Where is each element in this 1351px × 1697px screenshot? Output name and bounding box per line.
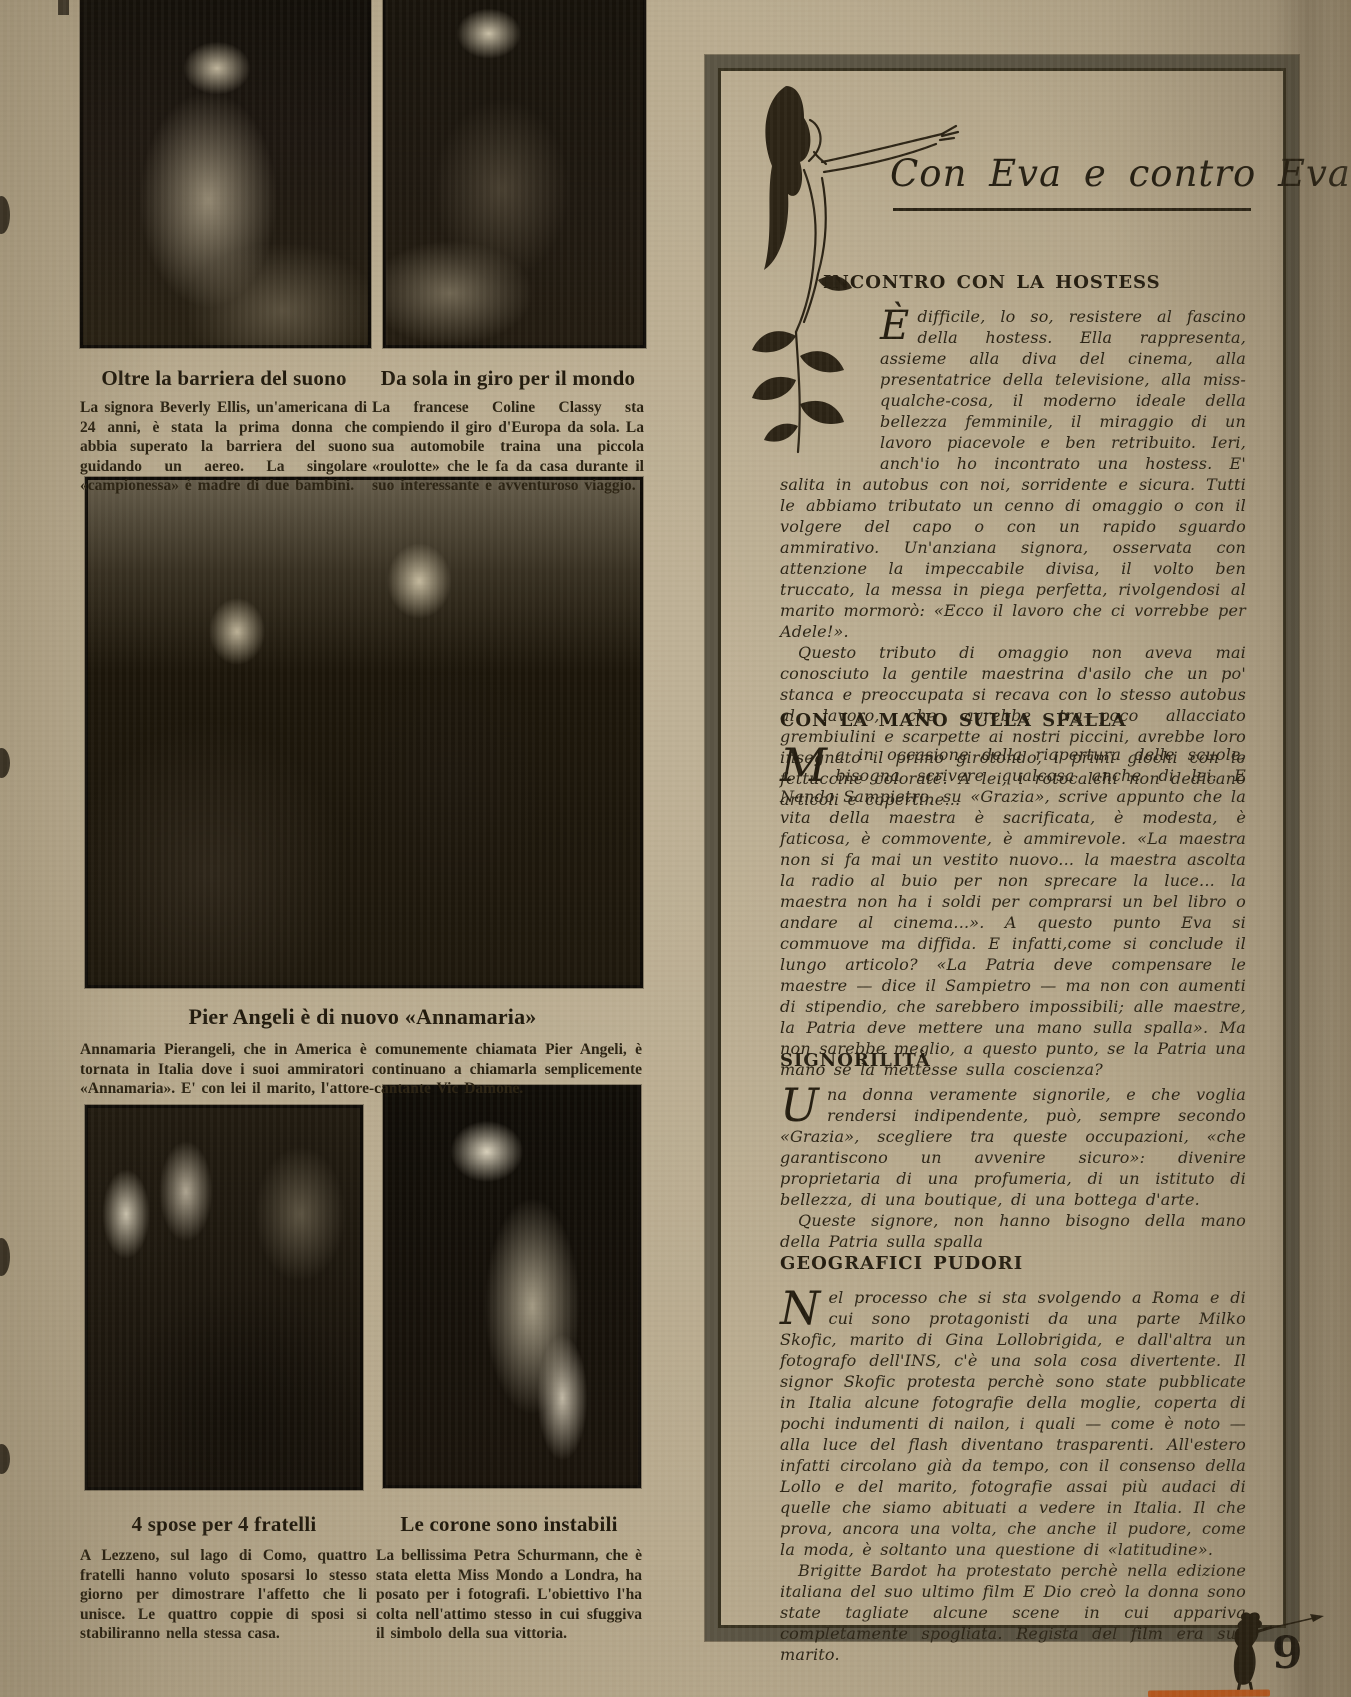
eva-column-frame: Con Eva e contro Eva INCONTRO CON LA HOS… [705, 55, 1299, 1641]
paragraph-text: a in occasione della riapertura delle sc… [780, 745, 1246, 1079]
title-underline [893, 208, 1251, 211]
section-paragraph: Ma in occasione della riapertura delle s… [780, 744, 1246, 1080]
photo-beverly-ellis [80, 0, 371, 348]
drop-cap: N [780, 1290, 820, 1326]
section-paragraph: Una donna veramente signorile, e che vog… [780, 1084, 1246, 1210]
section-heading: GEOGRAFICI PUDORI [780, 1253, 1246, 1274]
story-body-corone: La bellissima Petra Schurmann, che è sta… [376, 1546, 642, 1644]
story-body-barriera-suono: La signora Beverly Ellis, un'americana d… [80, 398, 367, 496]
page-fold-shadow [1273, 0, 1351, 1697]
photo-miss-world [383, 1085, 641, 1488]
section-paragraph: Èdifficile, lo so, resistere al fascino … [780, 306, 1246, 642]
section-heading: SIGNORILITÀ [780, 1050, 1246, 1071]
binding-mark [0, 1238, 10, 1276]
story-title-barriera-suono: Oltre la barriera del suono [85, 366, 363, 390]
eva-illustration-spacer [780, 306, 880, 474]
drop-cap: È [880, 309, 909, 343]
eva-column-content: Con Eva e contro Eva INCONTRO CON LA HOS… [718, 68, 1286, 1628]
photo-four-weddings [85, 1105, 363, 1490]
binding-mark [0, 1444, 10, 1474]
section-heading: INCONTRO CON LA HOSTESS [823, 272, 1246, 293]
drop-cap: M [780, 747, 827, 783]
story-body-quattro-spose: A Lezzeno, sul lago di Como, quattro fra… [80, 1546, 367, 1644]
section-paragraph: Brigitte Bardot ha protestato perchè nel… [780, 1560, 1246, 1665]
print-color-sliver [1148, 1689, 1270, 1697]
story-title-giro-mondo: Da sola in giro per il mondo [372, 366, 644, 390]
paragraph-text: el processo che si sta svolgendo a Roma … [780, 1288, 1246, 1559]
section-paragraph: Queste signore, non hanno bisogno della … [780, 1210, 1246, 1252]
story-title-corone: Le corone sono instabili [376, 1512, 642, 1536]
section-mano-spalla: CON LA MANO SULLA SPALLA Ma in occasione… [780, 710, 1246, 1080]
section-paragraph: Nel processo che si sta svolgendo a Roma… [780, 1287, 1246, 1560]
story-title-quattro-spose: 4 spose per 4 fratelli [85, 1512, 363, 1536]
paragraph-text: na donna veramente signorile, e che vogl… [780, 1085, 1246, 1209]
photo-coline-classy [383, 0, 646, 348]
binding-mark [0, 196, 10, 234]
drop-cap: U [780, 1087, 819, 1123]
photo-pier-angeli-vic-damone [85, 477, 643, 988]
magazine-page: Oltre la barriera del suono La signora B… [0, 0, 1351, 1697]
ink-smudge [58, 0, 69, 15]
story-title-pier-angeli: Pier Angeli è di nuovo «Annamaria» [85, 1005, 640, 1029]
story-body-giro-mondo: La francese Coline Classy sta compiendo … [372, 398, 644, 496]
story-body-pier-angeli: Annamaria Pierangeli, che in America è c… [80, 1040, 642, 1099]
column-title: Con Eva e contro Eva [890, 152, 1252, 196]
section-signorilita: SIGNORILITÀ Una donna veramente signoril… [780, 1050, 1246, 1252]
binding-mark [0, 748, 10, 778]
section-geografici-pudori: GEOGRAFICI PUDORI Nel processo che si st… [780, 1253, 1246, 1665]
section-heading: CON LA MANO SULLA SPALLA [780, 710, 1246, 731]
